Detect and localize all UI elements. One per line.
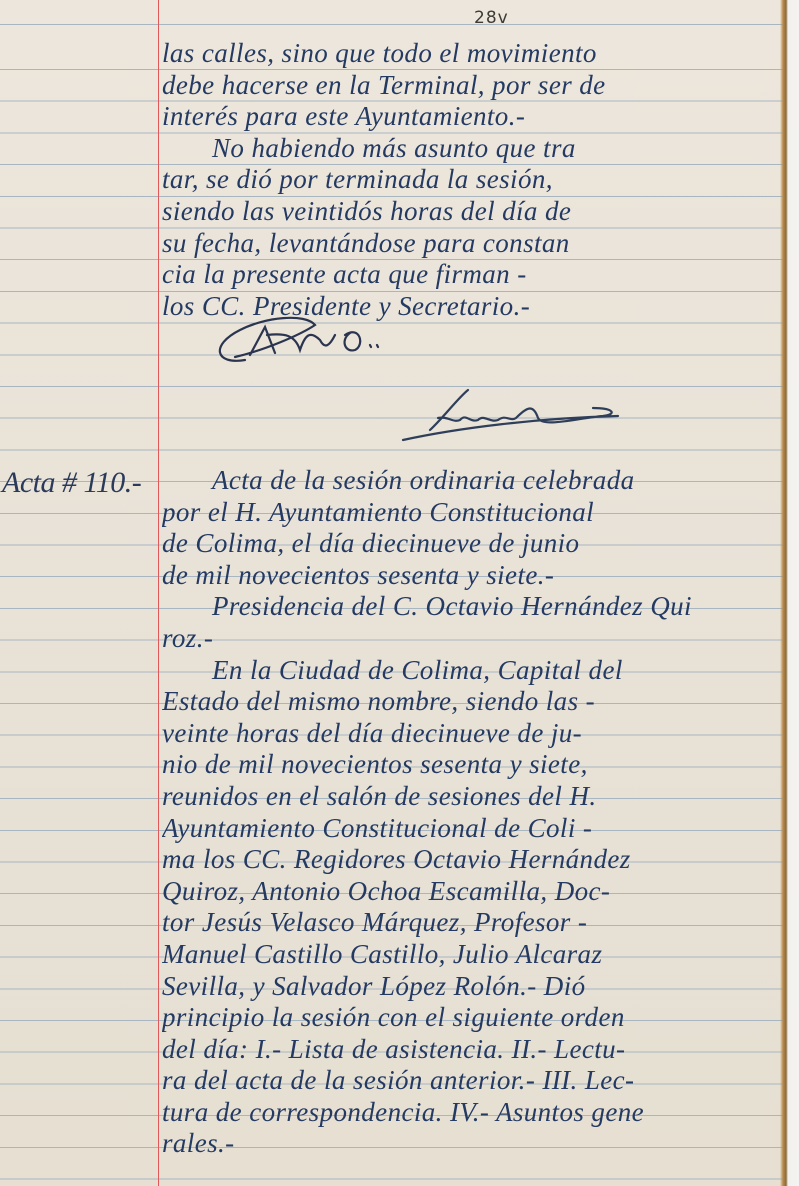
text-line: tar, se dió por terminada la sesión, [162, 164, 772, 196]
text-line: Manuel Castillo Castillo, Julio Alcaraz [162, 939, 772, 971]
text-line: de mil novecientos sesenta y siete.- [162, 560, 772, 592]
text-line: tor Jesús Velasco Márquez, Profesor - [162, 907, 772, 939]
text-line: roz.- [162, 623, 772, 655]
text-line: siendo las veintidós horas del día de [162, 196, 772, 228]
acta-number-label: Acta # 110.- [2, 466, 141, 500]
text-line: En la Ciudad de Colima, Capital del [162, 655, 772, 687]
text-line: Presidencia del C. Octavio Hernández Qui [162, 591, 772, 623]
acta-text-block: Acta de la sesión ordinaria celebrada po… [162, 465, 772, 1160]
continuation-text-block: las calles, sino que todo el movimiento … [162, 38, 772, 322]
text-line: de Colima, el día diecinueve de junio [162, 528, 772, 560]
text-line: por el H. Ayuntamiento Constitucional [162, 497, 772, 529]
text-line: cia la presente acta que firman - [162, 259, 772, 291]
text-line: No habiendo más asunto que tra [162, 133, 772, 165]
text-line: ra del acta de la sesión anterior.- III.… [162, 1065, 772, 1097]
text-line: nio de mil novecientos sesenta y siete, [162, 749, 772, 781]
text-line: rales.- [162, 1128, 772, 1160]
text-line: Acta de la sesión ordinaria celebrada [162, 465, 772, 497]
text-line: principio la sesión con el siguiente ord… [162, 1002, 772, 1034]
text-line: reunidos en el salón de sesiones del H. [162, 781, 772, 813]
signature-presidente [205, 305, 435, 375]
text-line: debe hacerse en la Terminal, por ser de [162, 70, 772, 102]
text-line: ma los CC. Regidores Octavio Hernández [162, 844, 772, 876]
text-line: Quiroz, Antonio Ochoa Escamilla, Doc- [162, 876, 772, 908]
text-line: interés para este Ayuntamiento.- [162, 101, 772, 133]
ledger-page: 28v las calles, sino que todo el movimie… [0, 0, 799, 1186]
page-number: 28v [474, 8, 509, 28]
text-line: las calles, sino que todo el movimiento [162, 38, 772, 70]
text-line: del día: I.- Lista de asistencia. II.- L… [162, 1034, 772, 1066]
red-margin-line [158, 0, 159, 1186]
text-line: su fecha, levantándose para constan [162, 228, 772, 260]
text-line: Ayuntamiento Constitucional de Coli - [162, 813, 772, 845]
signature-secretario [398, 378, 698, 448]
text-line: veinte horas del día diecinueve de ju- [162, 718, 772, 750]
text-line: tura de correspondencia. IV.- Asuntos ge… [162, 1097, 772, 1129]
text-line: Estado del mismo nombre, siendo las - [162, 686, 772, 718]
text-line: Sevilla, y Salvador López Rolón.- Dió [162, 971, 772, 1003]
